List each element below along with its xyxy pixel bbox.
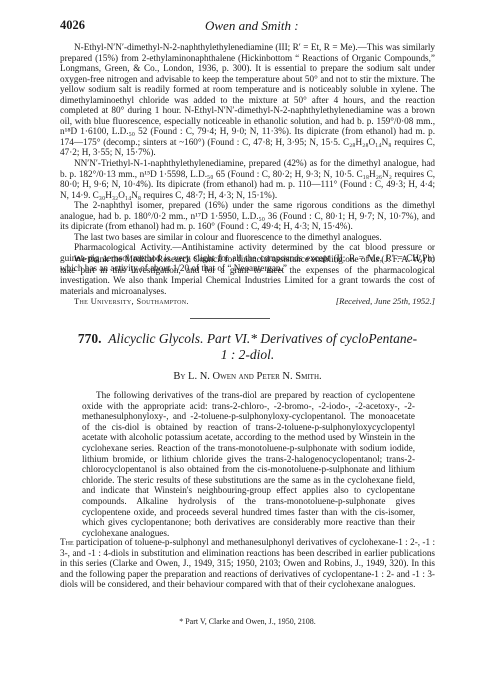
paragraph-last-two-bases: The last two bases are similar in colour… [60,232,435,243]
page-header: 4026 Owen and Smith : [60,18,435,38]
page-number: 4026 [60,18,85,33]
acknowledgement-section: We thank the Medical Research Council fo… [60,254,435,296]
paragraph-triethyl: NN′N′-Triethyl-N-1-naphthylethylenediami… [60,158,435,200]
paragraph-2-naphthyl-isomer: The 2-naphthyl isomer, prepared (16%) un… [60,200,435,232]
acknowledgement-text: We thank the Medical Research Council fo… [60,254,435,296]
intro-dropcap: The [60,537,74,547]
title-line-2: 1 : 2-diol. [221,347,275,362]
footnote: * Part V, Clarke and Owen, J., 1950, 210… [60,617,435,626]
title-line-1: Alicyclic Glycols. Part VI.* Derivatives… [108,331,417,346]
institution: The University, Southampton. [74,296,189,306]
author-byline: By L. N. Owen and Peter N. Smith. [173,371,321,382]
paragraph-ethyl-dimethyl: N-Ethyl-N′N′-dimethyl-N-2-naphthylethyle… [60,42,435,158]
article-number: 770. [78,331,102,346]
authors: By L. N. Owen and Peter N. Smith. [60,371,435,382]
experimental-section: N-Ethyl-N′N′-dimethyl-N-2-naphthylethyle… [60,42,435,274]
intro-text: participation of toluene-p-sulphonyl and… [60,537,435,589]
section-divider [190,318,270,319]
article-title: 770. Alicyclic Glycols. Part VI.* Deriva… [60,331,435,363]
abstract-text: The following derivatives of the trans-d… [82,390,415,538]
address-line: The University, Southampton. [Received, … [60,296,435,308]
introduction: The participation of toluene-p-sulphonyl… [60,537,435,590]
running-head: Owen and Smith : [205,18,299,34]
abstract: The following derivatives of the trans-d… [82,390,415,538]
received-date: [Received, June 25th, 1952.] [336,296,435,306]
